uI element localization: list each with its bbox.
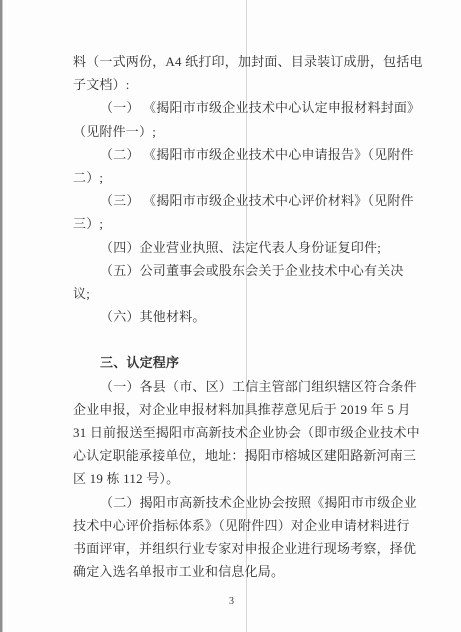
- doc-line: 书面评审，并组织行业专家对申报企业进行现场考察，择优: [73, 537, 395, 560]
- doc-line: （五）公司董事会或股东会关于企业技术中心有关决: [73, 259, 395, 282]
- doc-line: （见附件一）;: [73, 120, 395, 143]
- doc-line: 三）;: [73, 212, 395, 235]
- doc-line: （四）企业营业执照、法定代表人身份证复印件;: [73, 236, 395, 259]
- doc-line: （一） 《揭阳市市级企业技术中心认定申报材料封面》: [73, 96, 395, 119]
- document-text-block: 料（一式两份，A4 纸打印，加封面、目录装订成册，包括电 子文档）: （一） 《…: [73, 50, 395, 583]
- doc-line: 心认定职能承接单位，地址：揭阳市榕城区建阳路新河南三: [73, 444, 395, 467]
- doc-line: 子文档）:: [73, 73, 395, 96]
- doc-line: 技术中心评价指标体系》（见附件四）对企业申请材料进行: [73, 514, 395, 537]
- doc-line: 二）;: [73, 166, 395, 189]
- scan-edge-line: [0, 0, 3, 632]
- doc-line: 确定入选名单报市工业和信息化局。: [73, 560, 395, 583]
- doc-line: （一）各县（市、区）工信主管部门组织辖区符合条件: [73, 375, 395, 398]
- doc-line: （二）揭阳市高新技术企业协会按照《揭阳市市级企业: [73, 491, 395, 514]
- doc-line: （三） 《揭阳市市级企业技术中心评价材料》（见附件: [73, 189, 395, 212]
- doc-line: 议;: [73, 282, 395, 305]
- doc-line: 31 日前报送至揭阳市高新技术企业协会（即市级企业技术中: [73, 421, 395, 444]
- doc-line: 料（一式两份，A4 纸打印，加封面、目录装订成册，包括电: [73, 50, 395, 73]
- doc-line: （二） 《揭阳市市级企业技术中心申请报告》（见附件: [73, 143, 395, 166]
- page-number: 3: [73, 596, 390, 607]
- doc-line: 区 19 栋 112 号）。: [73, 467, 395, 490]
- doc-line: （六）其他材料。: [73, 305, 395, 328]
- doc-line: 企业申报，对企业申报材料加具推荐意见后于 2019 年 5 月: [73, 398, 395, 421]
- section-heading: 三、认定程序: [73, 351, 395, 374]
